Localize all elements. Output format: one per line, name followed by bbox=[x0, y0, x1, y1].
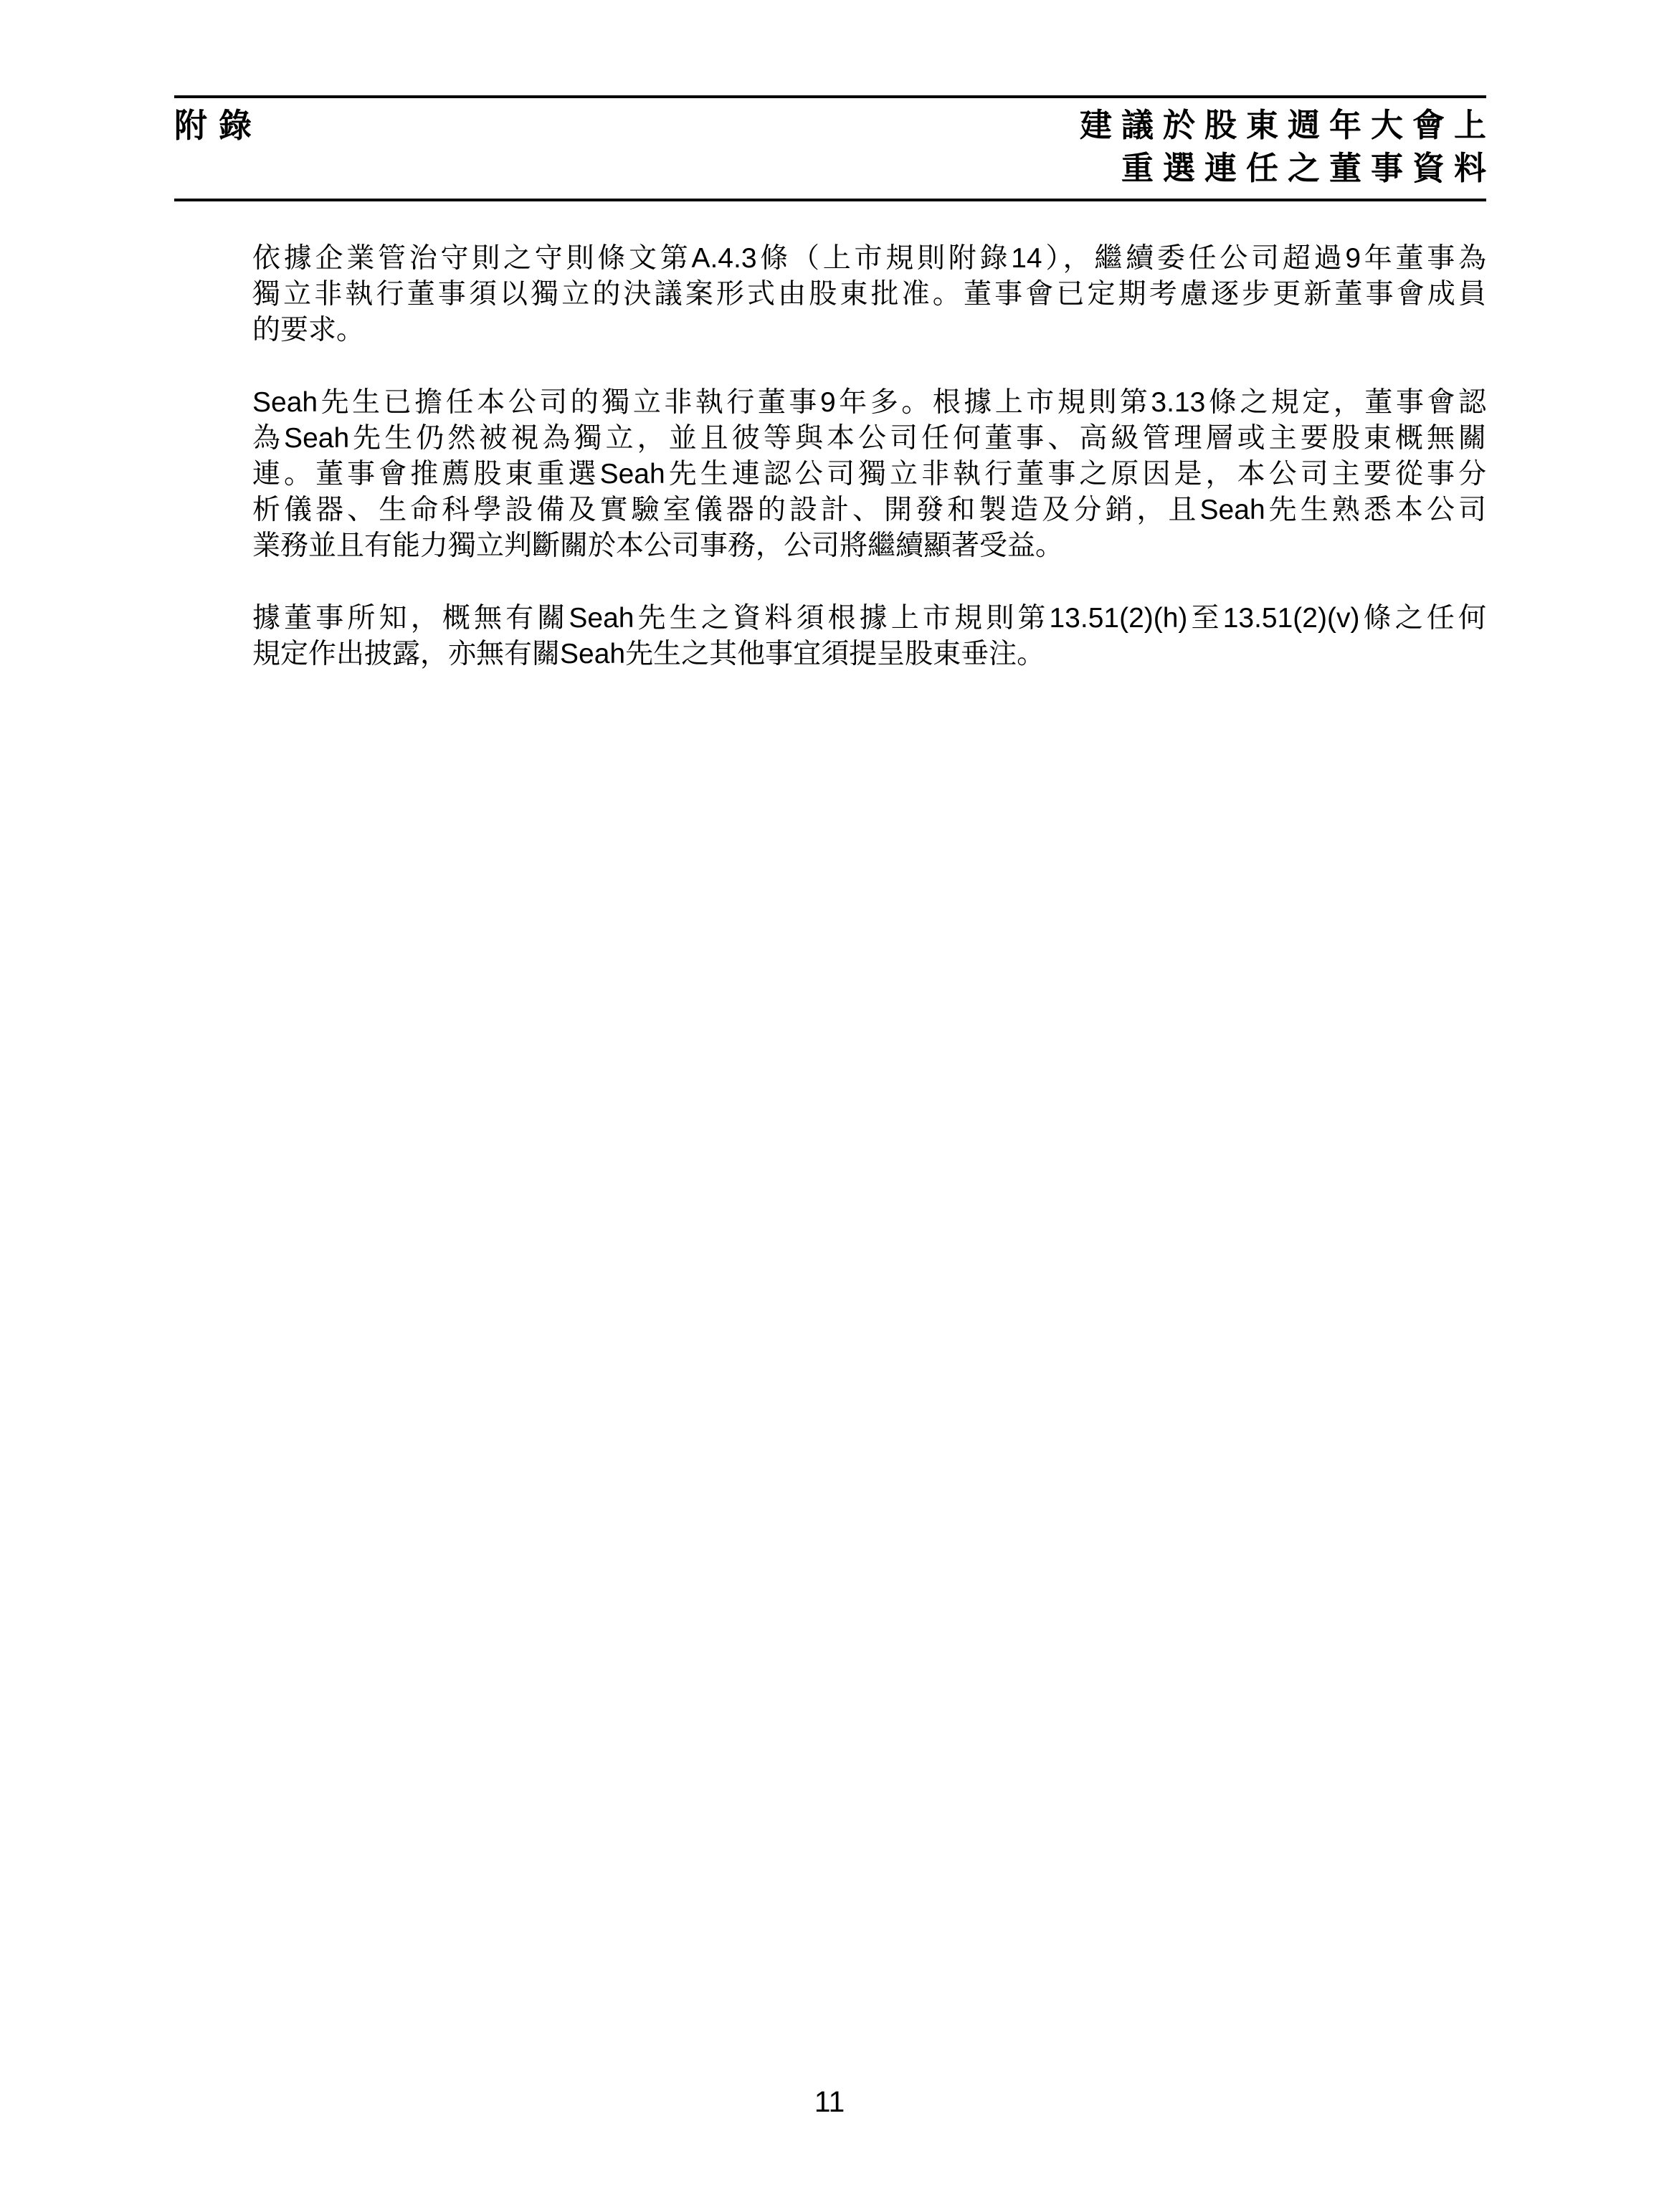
document-page: 附錄 建議於股東週年大會上 重選連任之董事資料 依據企業管治守則之守則條文第A.… bbox=[0, 0, 1659, 2212]
paragraph-3: 據董事所知，概無有關Seah先生之資料須根據上市規則第13.51(2)(h)至1… bbox=[252, 601, 1486, 672]
paragraph-line: 的要求。 bbox=[252, 313, 1486, 348]
appendix-title: 附錄 bbox=[174, 104, 263, 147]
paragraph-line: 業務並且有能力獨立判斷關於本公司事務，公司將繼續顯著受益。 bbox=[252, 528, 1486, 564]
header-right-title: 建議於股東週年大會上 重選連任之董事資料 bbox=[1080, 104, 1486, 190]
header-title-line-2: 重選連任之董事資料 bbox=[1080, 147, 1496, 190]
paragraph-line: 析儀器、生命科學設備及實驗室儀器的設計、開發和製造及分銷，且Seah先生熟悉本公… bbox=[252, 492, 1486, 528]
paragraph-line: 為Seah先生仍然被視為獨立，並且彼等與本公司任何董事、高級管理層或主要股東概無… bbox=[252, 421, 1486, 457]
paragraph-line: Seah先生已擔任本公司的獨立非執行董事9年多。根據上市規則第3.13條之規定，… bbox=[252, 385, 1486, 421]
page-header: 附錄 建議於股東週年大會上 重選連任之董事資料 bbox=[174, 95, 1486, 201]
document-body: 依據企業管治守則之守則條文第A.4.3條（上市規則附錄14），繼續委任公司超過9… bbox=[252, 241, 1486, 709]
paragraph-line: 依據企業管治守則之守則條文第A.4.3條（上市規則附錄14），繼續委任公司超過9… bbox=[252, 241, 1486, 277]
paragraph-1: 依據企業管治守則之守則條文第A.4.3條（上市規則附錄14），繼續委任公司超過9… bbox=[252, 241, 1486, 348]
header-title-line-1: 建議於股東週年大會上 bbox=[1080, 104, 1496, 147]
paragraph-line: 規定作出披露，亦無有關Seah先生之其他事宜須提呈股東垂注。 bbox=[252, 637, 1486, 672]
paragraph-line: 獨立非執行董事須以獨立的決議案形式由股東批准。董事會已定期考慮逐步更新董事會成員 bbox=[252, 277, 1486, 313]
paragraph-2: Seah先生已擔任本公司的獨立非執行董事9年多。根據上市規則第3.13條之規定，… bbox=[252, 385, 1486, 564]
paragraph-line: 連。董事會推薦股東重選Seah先生連認公司獨立非執行董事之原因是，本公司主要從事… bbox=[252, 457, 1486, 492]
page-number: 11 bbox=[0, 2084, 1659, 2119]
paragraph-line: 據董事所知，概無有關Seah先生之資料須根據上市規則第13.51(2)(h)至1… bbox=[252, 601, 1486, 637]
